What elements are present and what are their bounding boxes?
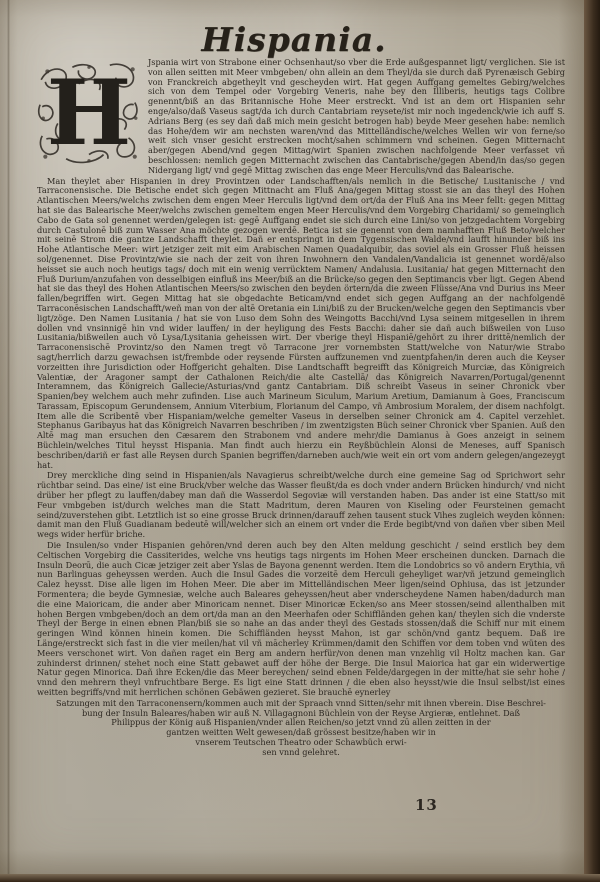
page-crease bbox=[7, 0, 10, 876]
paragraph-1-text: Jspania wirt von Strabone einer Ochsenha… bbox=[148, 57, 565, 175]
paragraph-1: H Jspania wirt von Strabone einer Ochsen… bbox=[37, 58, 565, 176]
paragraph-4: Die Insulen/so vnder Hispanien gehören/v… bbox=[37, 541, 565, 698]
page-title: Hispania. bbox=[0, 20, 588, 59]
book-page: Hispania. bbox=[0, 0, 588, 876]
book-edge-right bbox=[584, 0, 600, 882]
colophon-taper: Satzungen mit den Tarraconensern/kommen … bbox=[37, 699, 565, 758]
colophon-line: sen vnnd gelehret. bbox=[37, 748, 565, 758]
book-edge-bottom bbox=[0, 874, 600, 882]
page-number: 13 bbox=[415, 796, 438, 814]
paragraph-3: Drey merckliche ding seind in Hispanien/… bbox=[37, 471, 565, 540]
drop-cap-letter: H bbox=[47, 61, 132, 166]
ornamental-initial-icon: H bbox=[37, 60, 141, 166]
paragraph-2: Man theylet aber Hispanien in drey Provi… bbox=[37, 177, 565, 471]
body-text: H Jspania wirt von Strabone einer Ochsen… bbox=[37, 58, 565, 758]
